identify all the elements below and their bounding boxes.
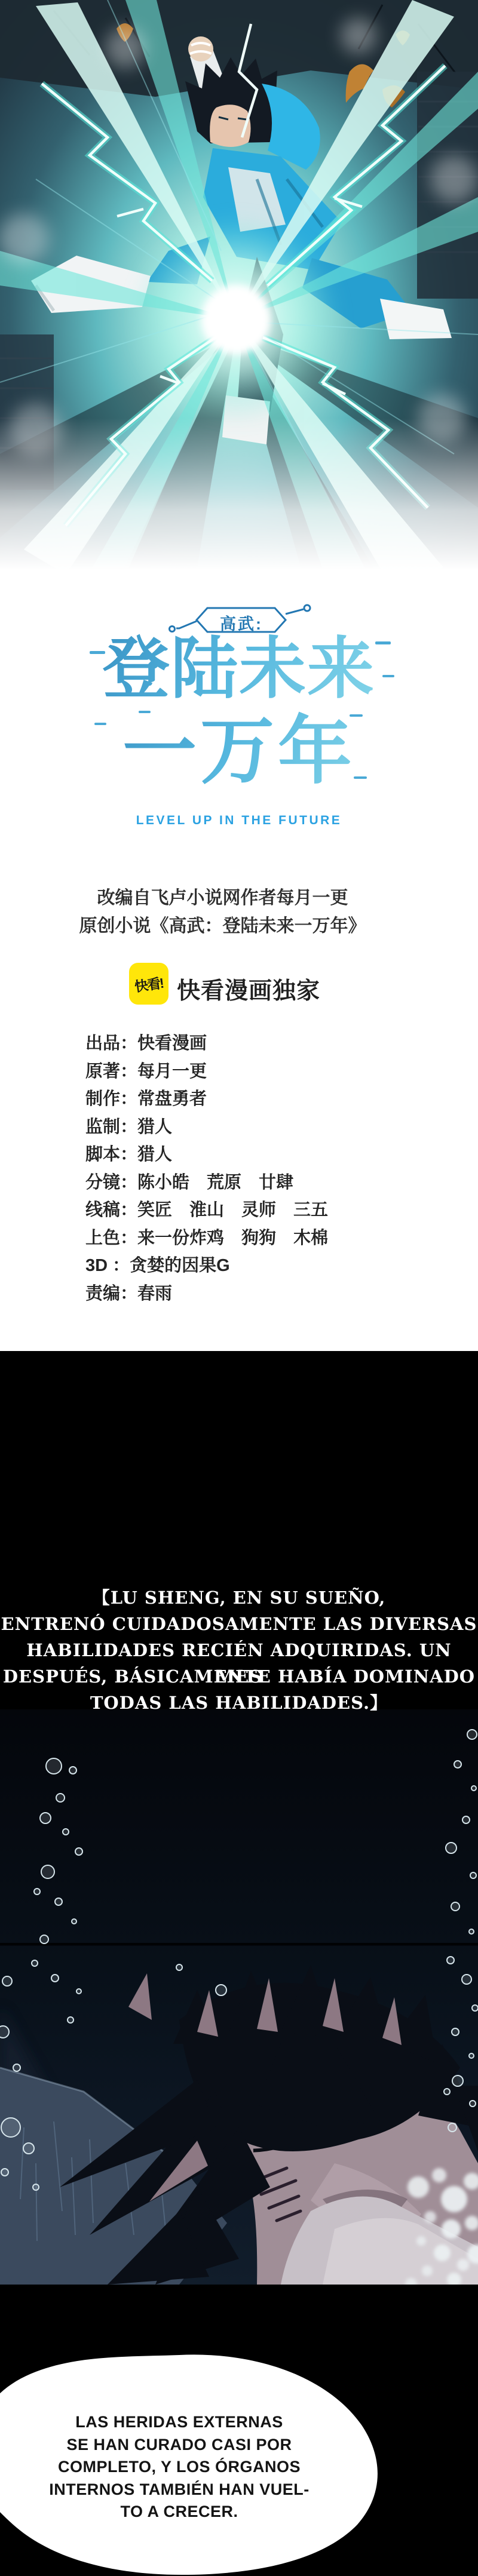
- speech-line: INTERNOS TAMBIÉN HAN VUEL-: [0, 2479, 358, 2501]
- credit-label: 上色：: [85, 1224, 137, 1252]
- credit-value: 笑匠 淮山 灵师 三五: [137, 1196, 328, 1224]
- deco-dash: [354, 776, 367, 779]
- credit-row: 分镜：陈小皓 荒原 廿肆: [85, 1169, 328, 1197]
- white-fade-overlay: [0, 418, 478, 603]
- credit-label: 3D ：: [85, 1252, 130, 1280]
- main-title-line2: 一万年: [0, 708, 478, 794]
- credit-value: 来一份炸鸡 狗狗 木棉: [137, 1224, 328, 1252]
- credit-label: 监制：: [85, 1113, 137, 1141]
- credit-row: 制作：常盘勇者: [85, 1085, 328, 1113]
- credit-row: 上色：来一份炸鸡 狗狗 木棉: [85, 1224, 328, 1252]
- credit-value: 快看漫画: [137, 1030, 207, 1058]
- publisher-logo-text: 快看!: [133, 972, 164, 995]
- credit-value: 春雨: [137, 1280, 172, 1308]
- speech-line: LAS HERIDAS EXTERNAS: [0, 2411, 358, 2434]
- note-adaptation: 改编自飞卢小说网作者每月一更: [0, 889, 445, 908]
- credit-label: 责编：: [85, 1280, 137, 1308]
- credit-label: 分镜：: [85, 1169, 137, 1197]
- deco-dash: [90, 651, 105, 654]
- credit-label: 脚本：: [85, 1141, 137, 1169]
- credits-list: 出品：快看漫画 原著：每月一更 制作：常盘勇者 监制：猎人 脚本：猎人 分镜：陈…: [85, 1030, 328, 1307]
- credit-label: 线稿：: [85, 1196, 137, 1224]
- narration-line: 【LU SHENG, EN SU SUEÑO,: [0, 1585, 478, 1611]
- speech-text: LAS HERIDAS EXTERNAS SE HAN CURADO CASI …: [0, 2411, 358, 2523]
- note-original-novel: 原创小说《高武：登陆未来一万年》: [0, 917, 445, 936]
- speech-line: COMPLETO, Y LOS ÓRGANOS: [0, 2456, 358, 2479]
- credit-row: 原著：每月一更: [85, 1058, 328, 1086]
- narration-line: HABILIDADES RECIÉN ADQUIRIDAS. UN MES: [0, 1637, 478, 1663]
- subtitle-english: LEVEL UP IN THE FUTURE: [0, 813, 478, 828]
- credit-value: 陈小皓 荒原 廿肆: [137, 1169, 293, 1197]
- credit-row: 出品：快看漫画: [85, 1030, 328, 1058]
- publisher-exclusive-text: 快看漫画独家: [177, 972, 320, 1006]
- credit-row: 线稿：笑匠 淮山 灵师 三五: [85, 1196, 328, 1224]
- credit-row: 责编：春雨: [85, 1280, 328, 1308]
- speech-line: TO A CRECER.: [0, 2501, 358, 2523]
- deco-dash: [94, 723, 106, 725]
- deco-dash: [350, 714, 363, 717]
- underwater-panel-canvas: [0, 1709, 478, 2285]
- credit-value: 贪婪的因果G: [130, 1252, 230, 1280]
- credit-label: 原著：: [85, 1058, 137, 1086]
- credit-row: 3D ：贪婪的因果G: [85, 1252, 328, 1280]
- credit-row: 监制：猎人: [85, 1113, 328, 1141]
- deco-dash: [375, 641, 391, 644]
- credit-value: 猎人: [137, 1141, 172, 1169]
- credit-value: 每月一更: [137, 1058, 207, 1086]
- credit-value: 常盘勇者: [137, 1085, 207, 1113]
- panel-divider: [0, 1943, 478, 1946]
- narration-line: TODAS LAS HABILIDADES.】: [0, 1690, 478, 1716]
- deco-dash: [139, 711, 151, 713]
- comic-panel-underwater: [0, 1709, 478, 2285]
- narration-line: DESPUÉS, BÁSICAMENTE HABÍA DOMINADO: [0, 1663, 478, 1690]
- credit-label: 出品：: [85, 1030, 137, 1058]
- narration-line: ENTRENÓ CUIDADOSAMENTE LAS DIVERSAS: [0, 1611, 478, 1637]
- cover-art-canvas: [0, 0, 478, 603]
- cover-art: [0, 0, 478, 603]
- speech-line: SE HAN CURADO CASI POR: [0, 2434, 358, 2457]
- narration-caption: 【LU SHENG, EN SU SUEÑO, ENTRENÓ CUIDADOS…: [0, 1585, 478, 1716]
- credit-label: 制作：: [85, 1085, 137, 1113]
- publisher-logo: 快看!: [129, 963, 168, 1005]
- main-title-line1: 登陆未来: [0, 630, 478, 708]
- credit-value: 猎人: [137, 1113, 172, 1141]
- credit-row: 脚本：猎人: [85, 1141, 328, 1169]
- deco-dash: [382, 675, 394, 677]
- comic-reader-page: 高武: 登陆未来 一万年 LEVEL UP IN THE FUTURE 改编自飞…: [0, 0, 478, 2576]
